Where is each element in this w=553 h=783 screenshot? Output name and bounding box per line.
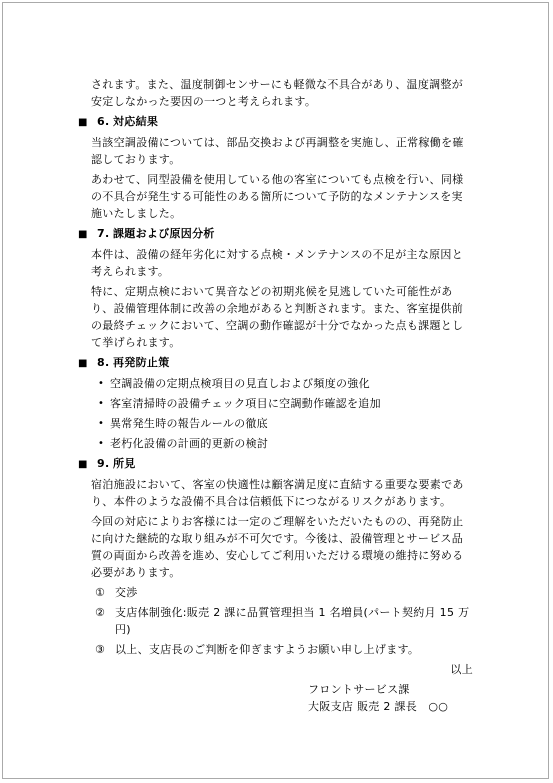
circled-number: ③: [95, 641, 115, 658]
section-title: 所見: [113, 457, 136, 470]
section-heading: ■7.課題および原因分析: [78, 225, 473, 243]
bullet-icon: •: [98, 375, 110, 392]
section-number: 6.: [97, 113, 113, 130]
section-title: 再発防止策: [113, 356, 170, 369]
signature-line: フロントサービス課: [308, 681, 473, 698]
section-square-icon: ■: [78, 226, 97, 243]
bullet-item: •空調設備の定期点検項目の見直しおよび頻度の強化: [98, 375, 473, 392]
bullet-icon: •: [98, 435, 110, 452]
report-page: されます。また、温度制御センサーにも軽微な不具合があり、温度調整が安定しなかった…: [2, 2, 549, 779]
bullet-item: •客室清掃時の設備チェック項目に空調動作確認を追加: [98, 395, 473, 412]
section-heading: ■8.再発防止策: [78, 354, 473, 372]
section-number: 9.: [97, 455, 113, 472]
list-item-text: 支店体制強化:販売 2 課に品質管理担当 1 名増員(パート契約月 15 万円): [115, 604, 473, 638]
section-title: 課題および原因分析: [113, 227, 215, 240]
list-item-text: 以上、支店長のご判断を仰ぎますようお願い申し上げます。: [115, 641, 473, 658]
list-item-text: 客室清掃時の設備チェック項目に空調動作確認を追加: [110, 395, 473, 412]
numbered-item: ③以上、支店長のご判断を仰ぎますようお願い申し上げます。: [95, 641, 473, 658]
bullet-item: •異常発生時の報告ルールの徹底: [98, 415, 473, 432]
bullet-icon: •: [98, 395, 110, 412]
body-paragraph: 特に、定期点検において異音などの初期兆候を見逃していた可能性があり、設備管理体制…: [91, 283, 473, 351]
body-paragraph: 宿泊施設において、客室の快適性は顧客満足度に直結する重要な要素であり、本件のよう…: [91, 476, 473, 510]
body-paragraph: あわせて、同型設備を使用している他の客室についても点検を行い、同様の不具合が発生…: [91, 171, 473, 222]
list-item-text: 空調設備の定期点検項目の見直しおよび頻度の強化: [110, 375, 473, 392]
signature-block: フロントサービス課大阪支店 販売 2 課長 ○○: [308, 681, 473, 715]
body-paragraph: 本件は、設備の経年劣化に対する点検・メンテナンスの不足が主な原因と考えられます。: [91, 246, 473, 280]
list-item-text: 交渉: [115, 584, 473, 601]
document-body: されます。また、温度制御センサーにも軽微な不具合があり、温度調整が安定しなかった…: [3, 3, 548, 778]
section-square-icon: ■: [78, 114, 97, 131]
body-paragraph: されます。また、温度制御センサーにも軽微な不具合があり、温度調整が安定しなかった…: [91, 76, 473, 110]
circled-number: ①: [95, 584, 115, 601]
section-square-icon: ■: [78, 456, 97, 473]
section-number: 8.: [97, 354, 113, 371]
closing-remark: 以上: [91, 661, 473, 678]
section-number: 7.: [97, 225, 113, 242]
bullet-icon: •: [98, 415, 110, 432]
section-square-icon: ■: [78, 355, 97, 372]
section-heading: ■6.対応結果: [78, 113, 473, 131]
body-paragraph: 当該空調設備については、部品交換および再調整を実施し、正常稼働を確認しております…: [91, 134, 473, 168]
numbered-item: ②支店体制強化:販売 2 課に品質管理担当 1 名増員(パート契約月 15 万円…: [95, 604, 473, 638]
body-paragraph: 今回の対応によりお客様には一定のご理解をいただいたものの、再発防止に向けた継続的…: [91, 513, 473, 581]
section-heading: ■9.所見: [78, 455, 473, 473]
bullet-item: •老朽化設備の計画的更新の検討: [98, 435, 473, 452]
list-item-text: 異常発生時の報告ルールの徹底: [110, 415, 473, 432]
numbered-item: ①交渉: [95, 584, 473, 601]
signature-line: 大阪支店 販売 2 課長 ○○: [308, 698, 473, 715]
circled-number: ②: [95, 604, 115, 621]
section-title: 対応結果: [113, 115, 158, 128]
list-item-text: 老朽化設備の計画的更新の検討: [110, 435, 473, 452]
